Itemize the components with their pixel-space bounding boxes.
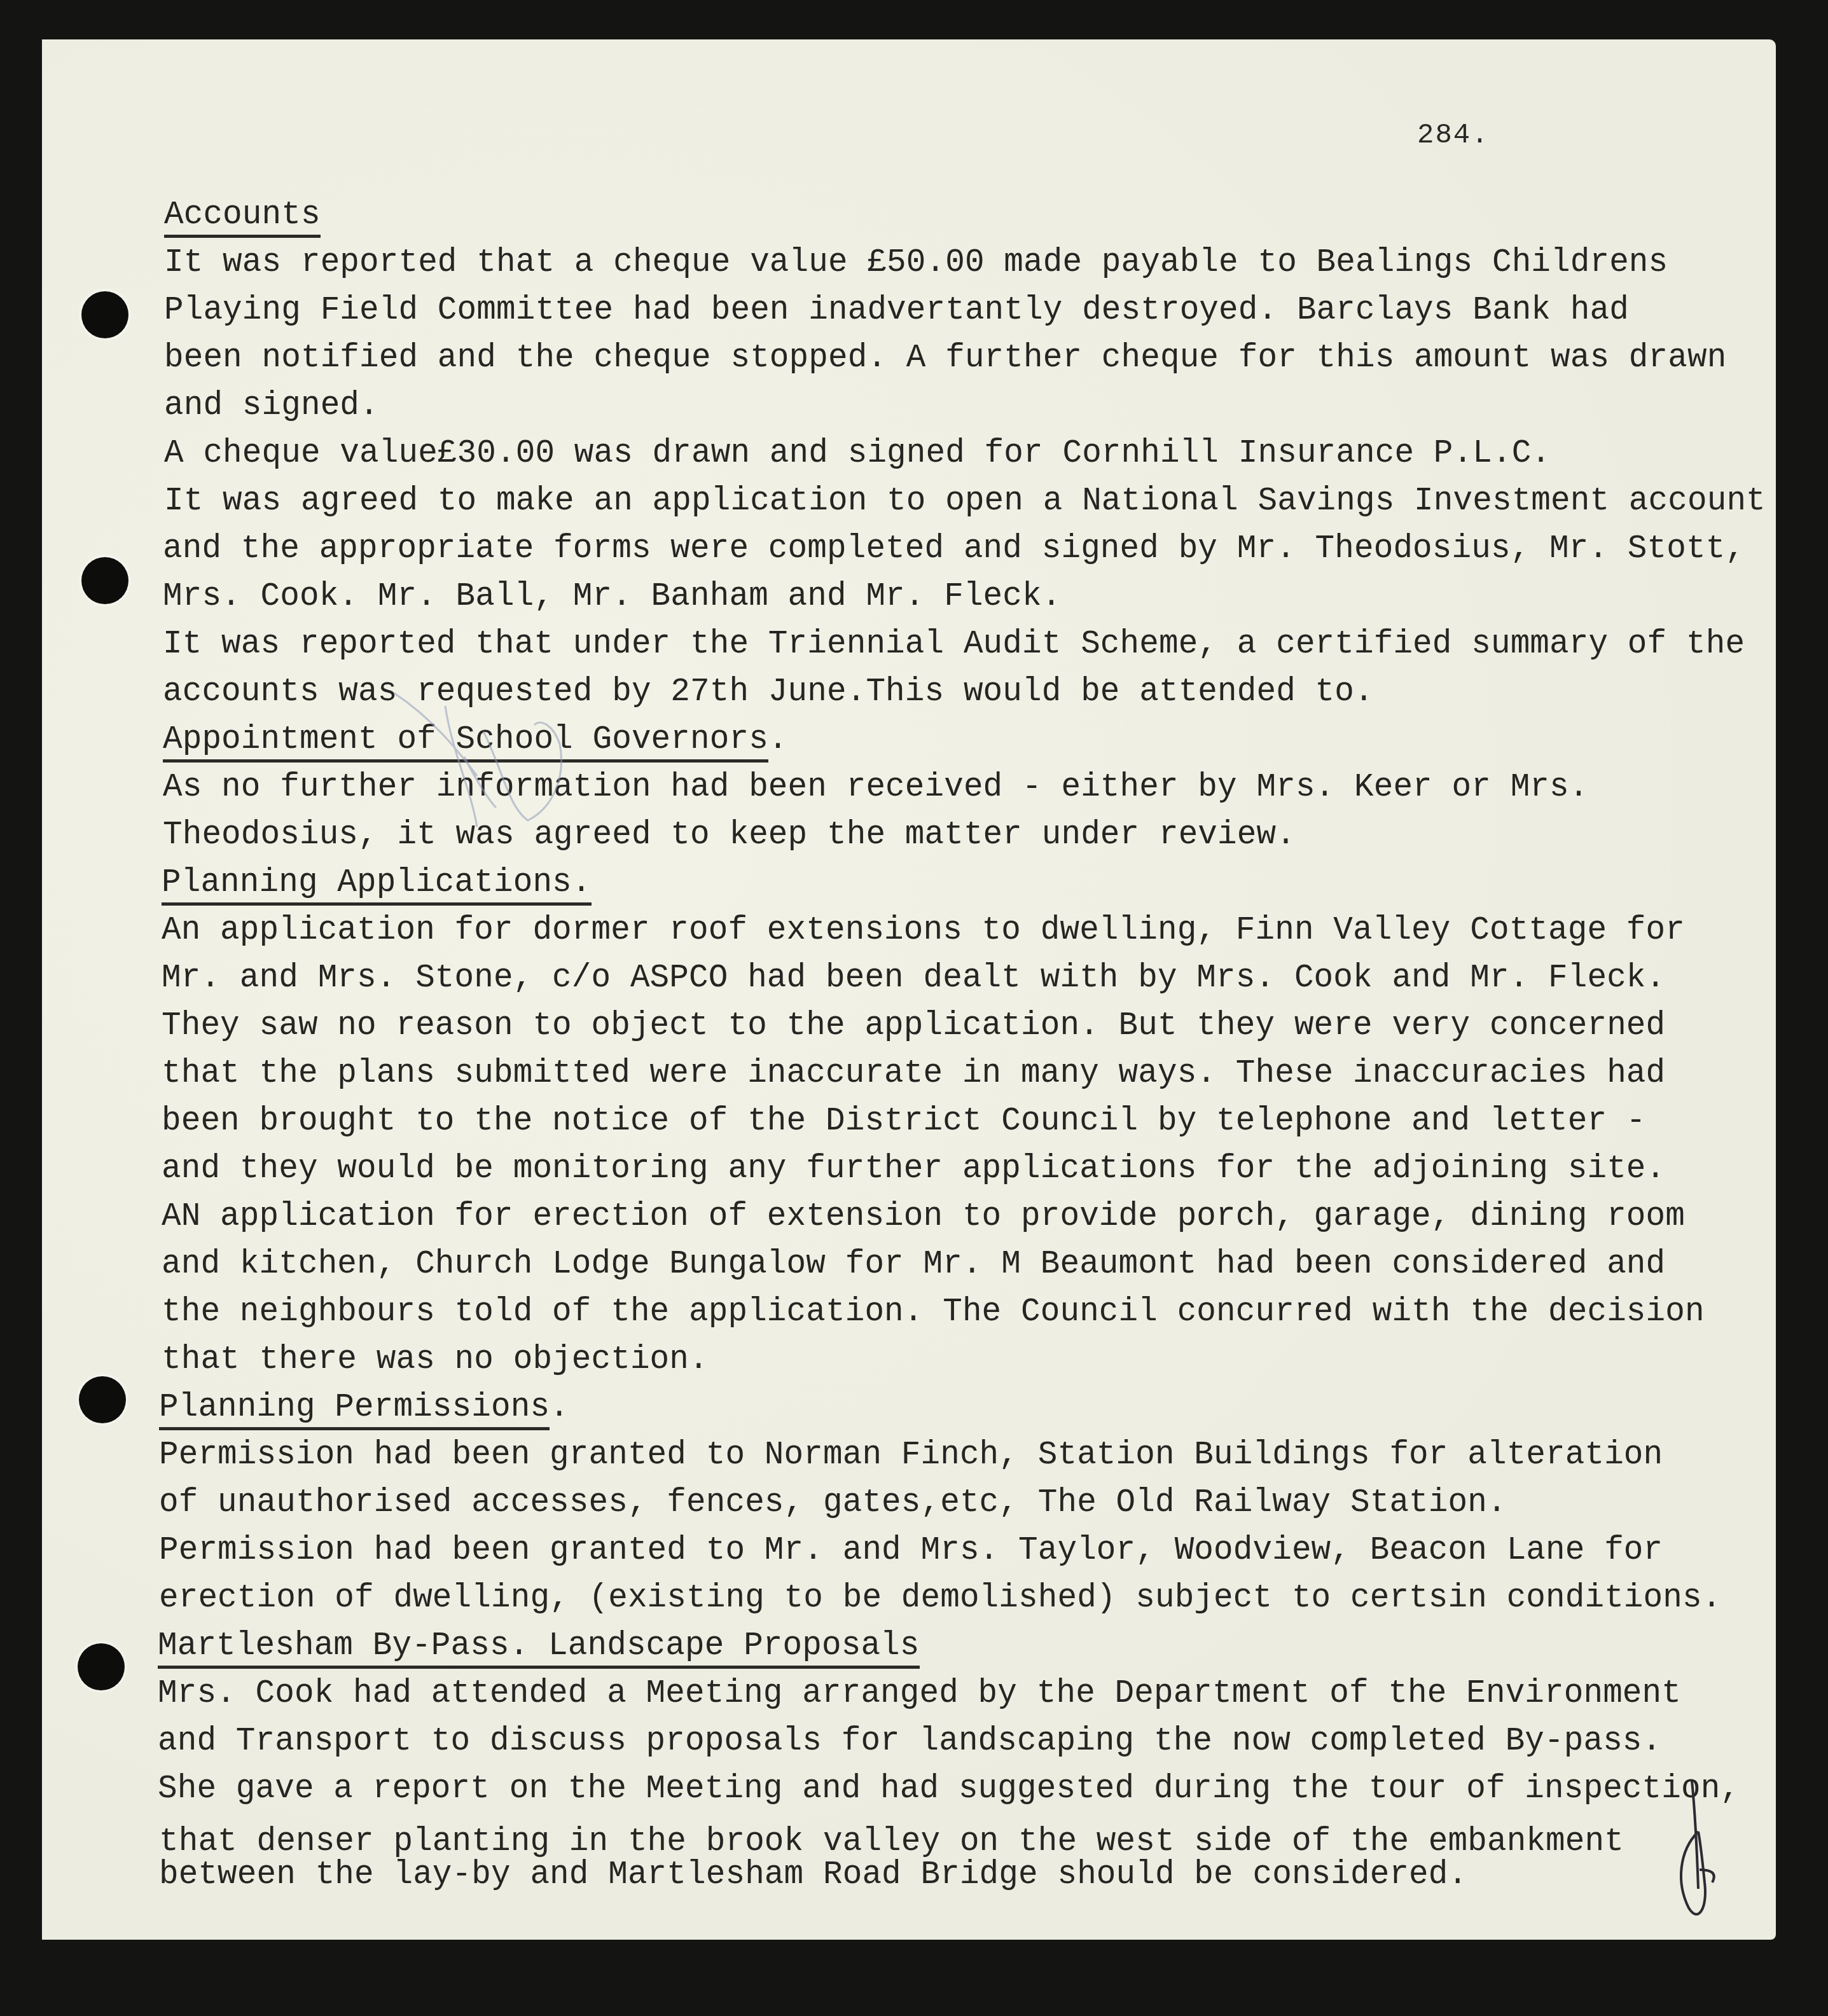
text-line: As no further information had been recei… [163,770,1588,806]
text-line: Permission had been granted to Norman Fi… [159,1437,1663,1474]
text-line: and they would be monitoring any further… [162,1151,1665,1187]
text-line: that there was no objection. [162,1342,709,1378]
punch-hole-icon [78,1643,125,1690]
text-line: and Transport to discuss proposals for l… [158,1723,1661,1760]
text-line: Permission had been granted to Mr. and M… [159,1533,1663,1569]
text-line: that denser planting in the brook valley… [159,1824,1624,1860]
text-line: erection of dwelling, (existing to be de… [159,1580,1721,1617]
text-line: Mr. and Mrs. Stone, c/o ASPCO had been d… [162,960,1665,997]
text-line: and the appropriate forms were completed… [163,531,1745,567]
page-number: 284. [1417,120,1490,151]
text-line: It was reported that under the Triennial… [163,626,1745,663]
section-heading-martlesham-bypass: Martlesham By-Pass. Landscape Proposals [158,1628,920,1664]
text-line: She gave a report on the Meeting and had… [158,1771,1740,1807]
text-line: between the lay-by and Martlesham Road B… [159,1857,1467,1893]
text-line: They saw no reason to object to the appl… [162,1008,1665,1044]
section-heading-planning-permissions: Planning Permissions. [159,1390,569,1426]
text-line: A cheque value£30.00 was drawn and signe… [164,436,1551,472]
text-line: Theodosius, it was agreed to keep the ma… [163,817,1296,853]
text-line: and kitchen, Church Lodge Bungalow for M… [162,1246,1665,1283]
text-line: been brought to the notice of the Distri… [162,1103,1646,1140]
text-line: It was reported that a cheque value £50.… [164,245,1668,281]
text-line: Mrs. Cook. Mr. Ball, Mr. Banham and Mr. … [163,579,1061,615]
punch-hole-icon [81,557,128,604]
text-line: and signed. [164,388,379,424]
punch-hole-icon [79,1376,126,1423]
text-line: that the plans submitted were inaccurate… [162,1056,1665,1092]
section-heading-accounts: Accounts [164,197,321,233]
punch-hole-icon [81,291,128,338]
text-line: AN application for erection of extension… [162,1199,1685,1235]
section-heading-planning-applications: Planning Applications. [162,865,592,901]
text-line: the neighbours told of the application. … [162,1294,1705,1330]
text-line: been notified and the cheque stopped. A … [164,340,1726,376]
text-line: An application for dormer roof extension… [162,913,1685,949]
text-line: It was agreed to make an application to … [164,483,1766,520]
text-line: accounts was requested by 27th June.This… [163,674,1374,710]
text-line: of unauthorised accesses, fences, gates,… [159,1485,1507,1521]
text-line: Mrs. Cook had attended a Meeting arrange… [158,1676,1681,1712]
section-heading-school-governors: Appointment of School Governors. [163,722,788,758]
text-line: Playing Field Committee had been inadver… [164,293,1629,329]
